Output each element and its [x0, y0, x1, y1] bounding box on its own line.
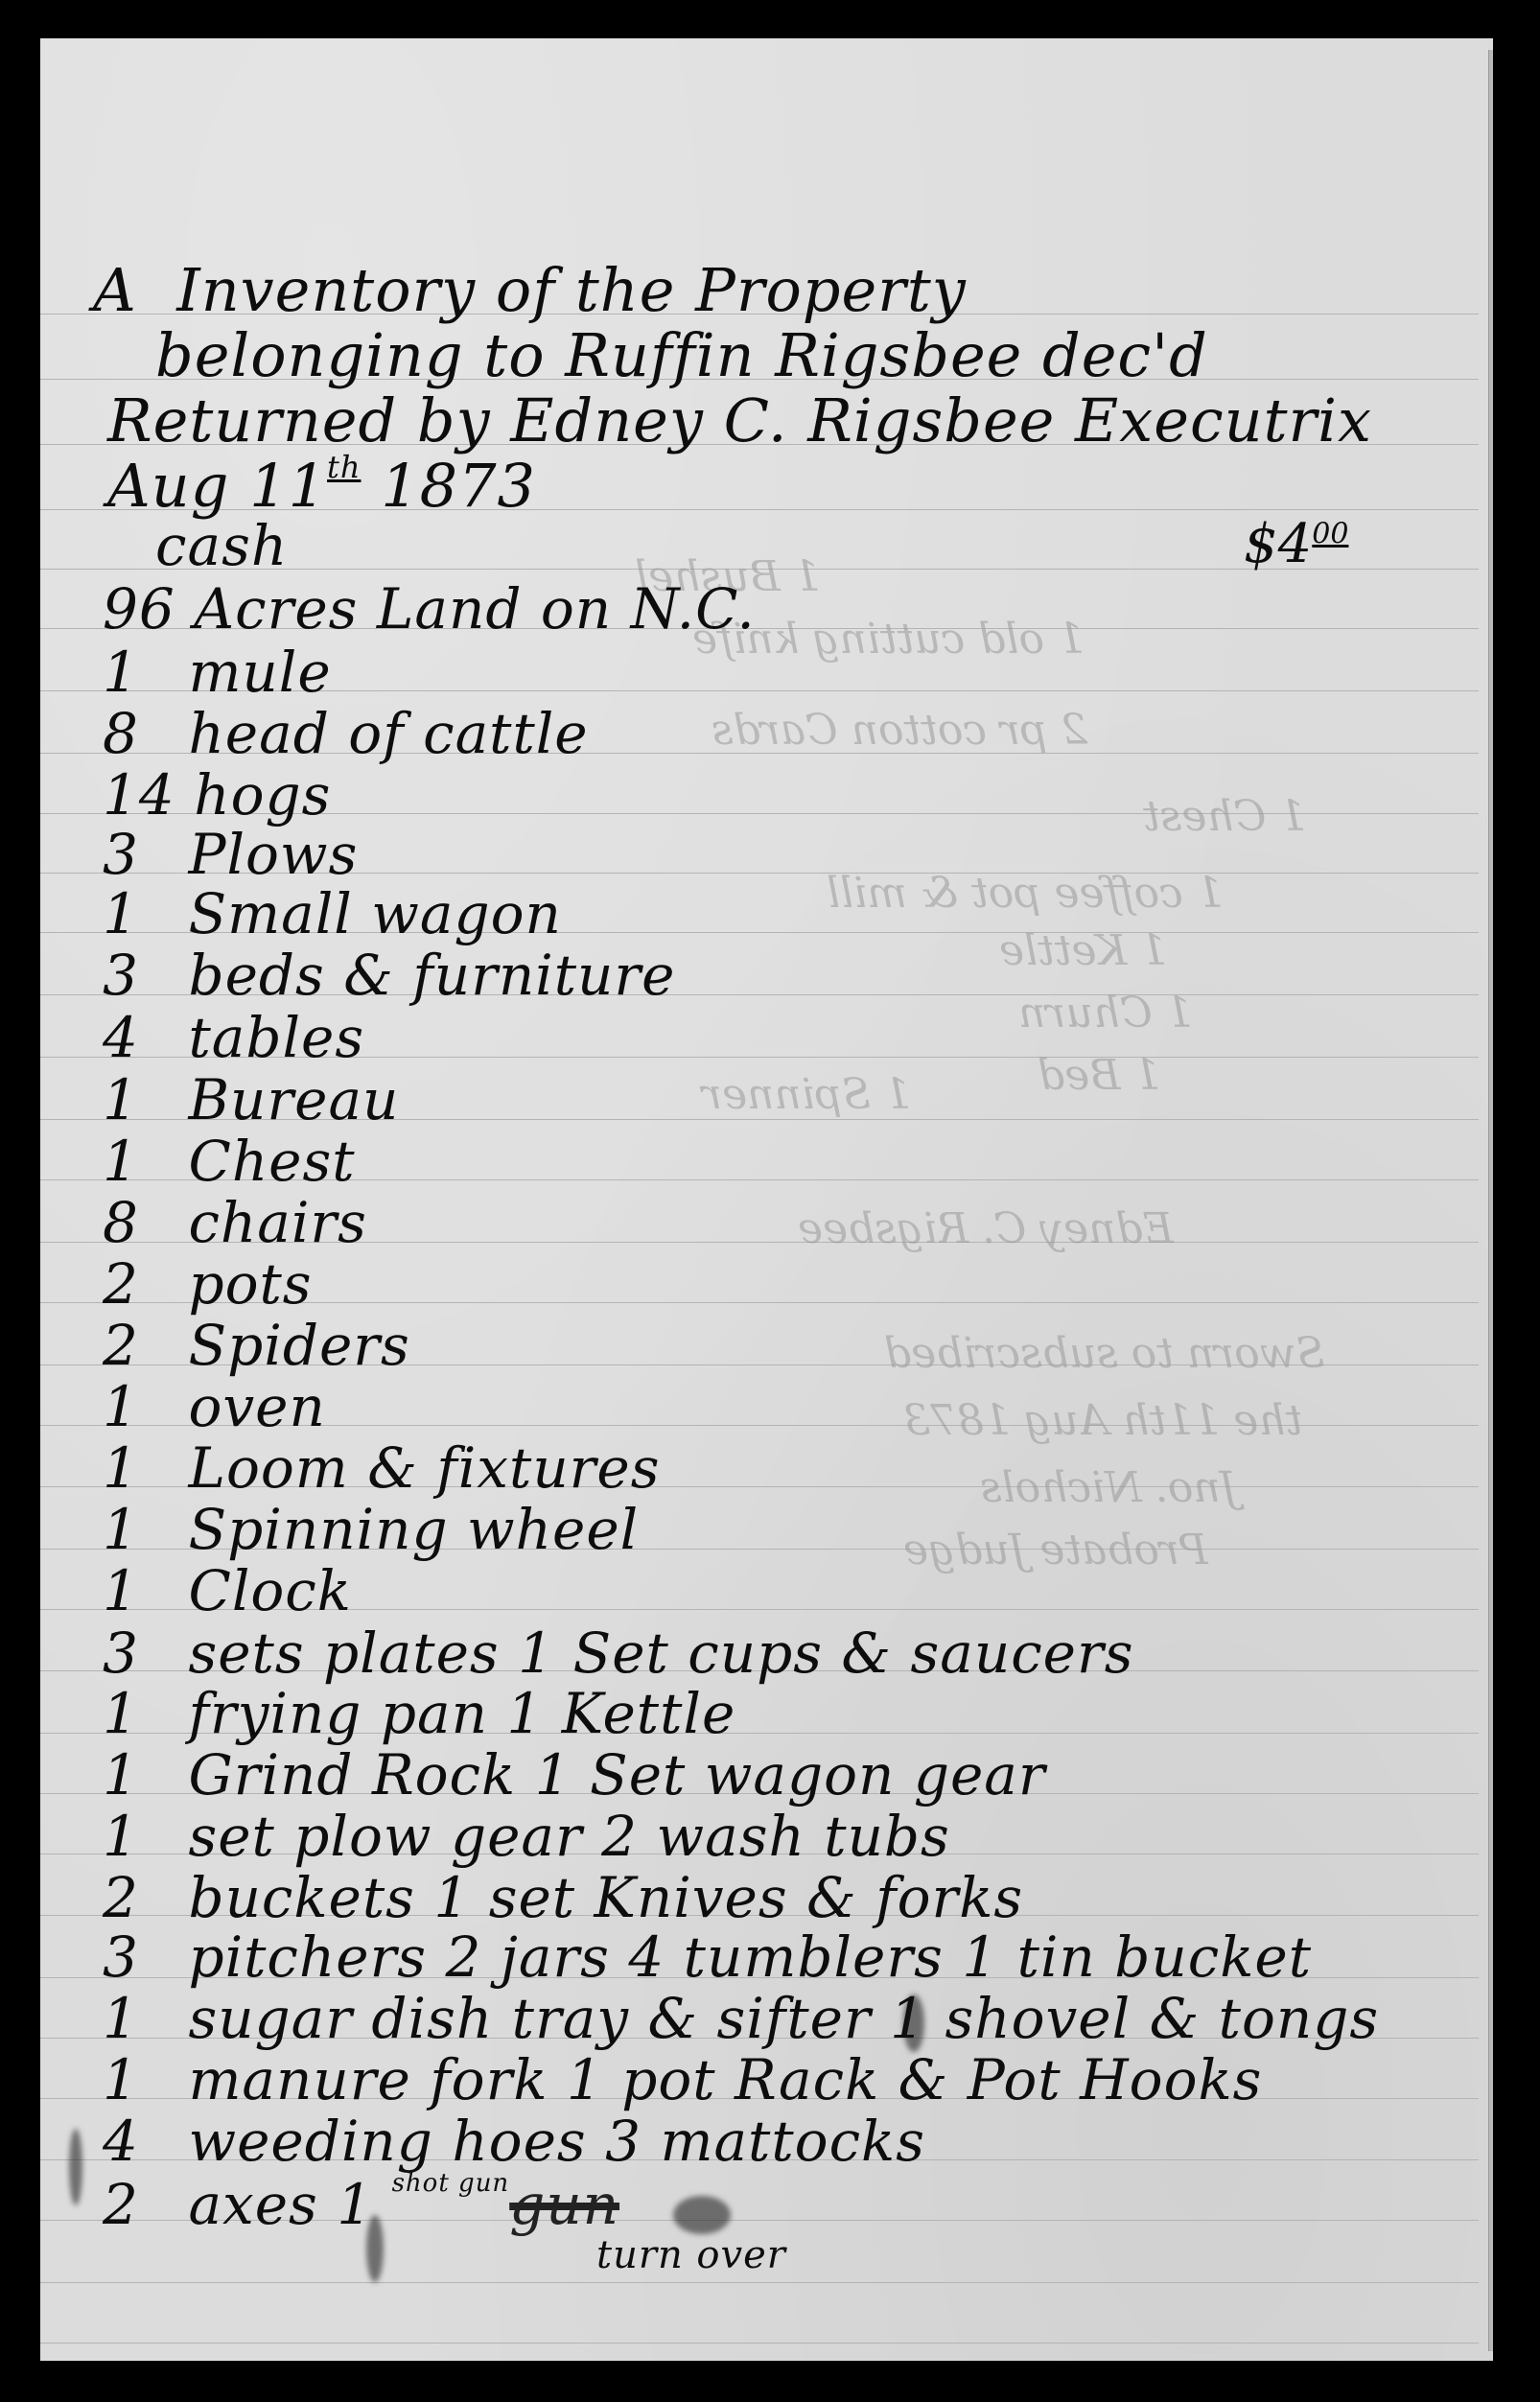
bleed-through-text: 1 Churn [1018, 992, 1193, 1035]
title-text: Inventory of the Property [176, 255, 967, 325]
inventory-item: 8 head of cattle [103, 706, 589, 761]
bleed-through-text: 1 Spinner [702, 1074, 911, 1116]
inventory-item: 1 set plow gear 2 wash tubs [103, 1808, 950, 1864]
cash-label: cash [155, 518, 288, 573]
struck-text: gun [509, 2172, 619, 2237]
inventory-item: 3 beds & furniture [103, 947, 675, 1003]
inventory-item: 1 Grind Rock 1 Set wagon gear [103, 1747, 1046, 1803]
inventory-item: 1 Small wagon [103, 886, 562, 942]
inserted-text: shot gun [392, 2169, 510, 2198]
inventory-item: 3 pitchers 2 jars 4 tumblers 1 tin bucke… [103, 1929, 1312, 1985]
title-line-2: belonging to Ruffin Rigsbee dec'd [155, 326, 1208, 385]
ruled-line [40, 2282, 1479, 2283]
inventory-item: 1 oven [103, 1379, 326, 1434]
title-prefix: A [93, 255, 137, 325]
inventory-item: 1 Spinning wheel [103, 1502, 639, 1557]
cash-cents: 00 [1312, 517, 1348, 550]
bleed-through-text: Edney C. Rigsbee [798, 1208, 1174, 1250]
inventory-item: 1 Chest [103, 1133, 356, 1189]
inventory-item: 96 Acres Land on N.C. [103, 581, 756, 637]
bleed-through-text: 1 coffee pot & mill [827, 873, 1224, 915]
ink-blot [903, 1994, 924, 2052]
bleed-through-text: 1 Chest [1143, 796, 1306, 838]
title-date: Aug 11th 1873 [107, 456, 536, 516]
inventory-item: 8 chairs [103, 1195, 367, 1250]
title-line-3: Returned by Edney C. Rigsbee Executrix [107, 391, 1372, 451]
inventory-item: 1 Clock [103, 1563, 352, 1619]
page-edge [1488, 50, 1493, 2351]
inventory-item: 1 Loom & fixtures [103, 1440, 661, 1496]
inventory-item: 1 mule [103, 644, 332, 700]
inventory-item-last: 2 axes 1 shot gungun [103, 2177, 619, 2232]
ink-blot [69, 2129, 82, 2205]
inventory-item: 1 sugar dish tray & sifter 1 shovel & to… [103, 1991, 1379, 2046]
inventory-item: 2 Spiders [103, 1318, 410, 1373]
document-page: 1 Bushel 1 old cutting knife 2 pr cotton… [40, 38, 1493, 2361]
ink-blot [366, 2215, 384, 2282]
bleed-through-text: 1 Kettle [999, 930, 1167, 972]
bleed-through-text: Sworn to subscribed [884, 1333, 1325, 1375]
cash-amount: $400 [1244, 518, 1348, 571]
bleed-through-text: the 11th Aug 1873 [903, 1400, 1302, 1442]
inventory-item: 1 manure fork 1 pot Rack & Pot Hooks [103, 2052, 1262, 2108]
ink-blot [673, 2196, 731, 2234]
bleed-through-text: 1 Bed [1038, 1055, 1161, 1097]
date-year: 1873 [381, 451, 536, 521]
title-line-1: A Inventory of the Property [93, 261, 967, 320]
date-day: 11 [249, 451, 327, 521]
bleed-through-text: Probate Judge [903, 1529, 1208, 1572]
inventory-item: 3 sets plates 1 Set cups & saucers [103, 1625, 1134, 1681]
inventory-item: 2 pots [103, 1256, 313, 1312]
inventory-item: 4 tables [103, 1010, 364, 1065]
inventory-item: 1 Bureau [103, 1072, 399, 1128]
inventory-item: 14 hogs [103, 767, 331, 823]
inventory-item: 1 frying pan 1 Kettle [103, 1686, 735, 1741]
inventory-item: 4 weeding hoes 3 mattocks [103, 2113, 925, 2169]
date-month: Aug [107, 451, 229, 521]
inventory-item: 3 Plows [103, 827, 358, 882]
turn-over-note: turn over [596, 2236, 786, 2274]
date-ordinal: th [327, 449, 361, 485]
inventory-item: 2 buckets 1 set Knives & forks [103, 1870, 1023, 1925]
ruled-line [40, 2343, 1479, 2344]
bleed-through-text: Jno. Nichols [980, 1467, 1237, 1509]
bleed-through-text: 2 pr cotton Cards [712, 710, 1087, 752]
